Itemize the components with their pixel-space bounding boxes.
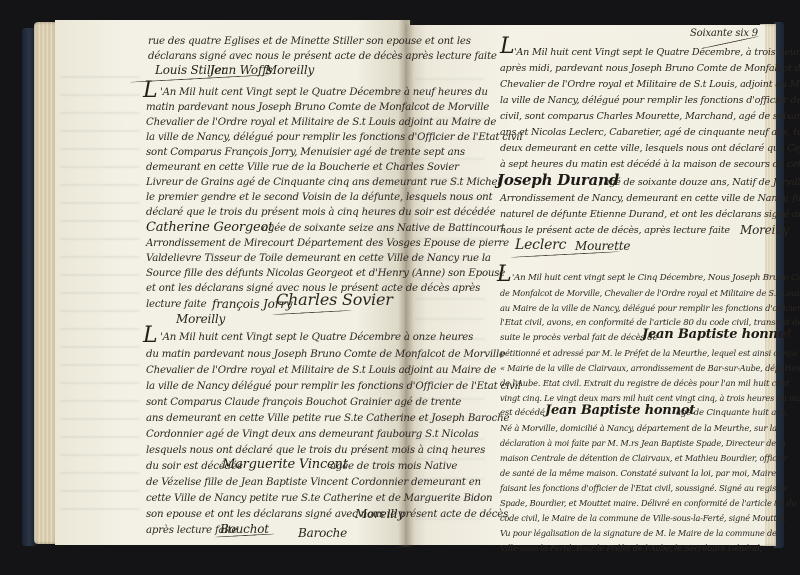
signature: Mourette xyxy=(575,240,630,252)
entry-initial: L xyxy=(143,80,157,102)
text-line: de Monfalcot de Morville, Chevalier de l… xyxy=(500,289,800,297)
signature: Charles Sovier xyxy=(276,292,393,308)
text-line: lecture faite xyxy=(146,300,206,310)
deceased-name-repeat: Jean Baptiste honnot xyxy=(545,404,695,417)
text-line: est décédé xyxy=(500,409,545,418)
text-line: de l'Aube. Etat civil. Extrait du regist… xyxy=(500,379,789,387)
text-line: 'An Mil huit cent Vingt sept le Quatre D… xyxy=(514,48,800,58)
text-line: lesquels nous ont déclaré que le trois d… xyxy=(146,446,485,456)
text-line: ans demeurant en cette Ville petite rue … xyxy=(146,414,509,424)
signature: Moreilly xyxy=(355,508,404,520)
text-line: vingt cinq. Le vingt deux mars mil huit … xyxy=(500,394,800,402)
text-line: du matin pardevant nous Joseph Bruno Com… xyxy=(146,350,505,360)
text-line: Arrondissement de Nancy, demeurant en ce… xyxy=(500,194,800,204)
text-line: déclarans signé avec nous le présent act… xyxy=(148,52,497,62)
signature: Leclerc xyxy=(515,238,566,252)
text-line: Ville-sous-la-Ferté. Pour le Préfet de l… xyxy=(500,544,762,552)
text-line: déclaré que le trois du présent mois à c… xyxy=(146,208,495,218)
text-line: agée de trois mois Native xyxy=(330,462,457,472)
text-line: nous le présent acte de décès, après lec… xyxy=(500,226,730,236)
entry-initial: L xyxy=(500,36,514,58)
text-line: Né à Morville, domicilié à Nancy, départ… xyxy=(500,424,777,432)
text-line: « Mairie de la ville de Clairvaux, arron… xyxy=(500,364,800,372)
text-line: la ville de Nancy délégué pour remplir l… xyxy=(146,382,521,392)
text-line: la ville de Nancy, délégué pour remplir … xyxy=(500,96,800,106)
text-line: Vu pour légalisation de la signature de … xyxy=(500,529,777,537)
text-line: , agé de soixante douze ans, Natif de Ja… xyxy=(598,178,800,188)
text-line: 'An Mil huit cent vingt sept le Cinq Déc… xyxy=(512,274,800,283)
text-line: Spade, Bourdier, et Mouttet maire. Déliv… xyxy=(500,499,797,507)
text-line: sont Comparus François Jorry, Menuisier … xyxy=(146,148,465,158)
text-line: Chevalier de l'Ordre royal et Militaire … xyxy=(146,118,496,128)
text-line: Chevalier de l'Ordre royal et Militaire … xyxy=(146,366,496,376)
text-line: matin pardevant nous Joseph Bruno Comte … xyxy=(146,103,489,113)
text-line: au Maire de la ville de Nancy, délégué p… xyxy=(500,304,800,312)
text-line: sont Comparus Claude françois Bouchot Gr… xyxy=(146,398,461,408)
page-block-edge-left xyxy=(34,22,56,544)
text-line: agée de soixante seize ans Native de Bat… xyxy=(262,224,505,234)
text-line: Chevalier de l'Ordre royal et Militaire … xyxy=(500,80,800,90)
bleed-through-text-left xyxy=(60,60,140,520)
deceased-name: Marguerite Vincent xyxy=(222,458,348,471)
text-line: 'An Mil huit cent Vingt sept le Quatre D… xyxy=(160,88,488,98)
text-line: son epouse et ont les déclarans signé av… xyxy=(146,510,508,520)
text-line: le premier gendre et le second Voisin de… xyxy=(146,193,492,203)
entry-initial: L xyxy=(143,325,157,347)
text-line: demeurant en cette Ville rue de la Bouch… xyxy=(146,163,459,173)
text-line: deux demeurant en cette ville, lesquels … xyxy=(500,144,800,154)
text-line: suite le procès verbal fait de décès de xyxy=(500,334,657,343)
text-line: 'An Mil huit cent Vingt sept le Quatre D… xyxy=(160,333,473,343)
text-line: faisant les fonctions d'officier de l'Et… xyxy=(500,484,788,492)
text-line: pétitionné et adressé par M. le Préfet d… xyxy=(500,349,800,357)
text-line: Valdelievre Tisseur de Toile demeurant e… xyxy=(146,254,491,264)
text-line: Livreur de Grains agé de Cinquante cinq … xyxy=(146,178,500,188)
signature: Moreilly xyxy=(176,313,225,325)
text-line: de Vézelise fille de Jean Baptiste Vince… xyxy=(146,478,481,488)
text-line: Arrondissement de Mirecourt Département … xyxy=(146,239,509,249)
text-line: naturel de défunte Etienne Durand, et on… xyxy=(500,210,800,220)
text-line: après midi, pardevant nous Joseph Bruno … xyxy=(500,64,800,74)
text-line: Source fille des défunts Nicolas Georgeo… xyxy=(146,269,505,279)
text-line: maison Centrale de détention de Clairvau… xyxy=(500,454,787,462)
text-line: à sept heures du matin est décédé à la m… xyxy=(500,160,800,170)
text-line: civil, sont comparus Charles Mourette, M… xyxy=(500,112,800,122)
text-line: déclaration à moi faite par M. M.rs Jean… xyxy=(500,439,785,447)
text-line: agé de Cinquante huit ans, xyxy=(676,409,788,418)
signature: Moreilly xyxy=(265,64,314,76)
deceased-name: Jean Baptiste honnot xyxy=(642,328,792,341)
text-line: cette Ville de Nancy petite rue S.te Cat… xyxy=(146,494,492,504)
scanned-register-spread: rue des quatre Eglises et de Minette Sti… xyxy=(0,0,800,575)
text-line: rue des quatre Eglises et de Minette Sti… xyxy=(148,37,471,47)
entry-initial: L xyxy=(497,264,511,286)
signature: Baroche xyxy=(298,527,347,539)
text-line: code civil, le Maire de la commune de Vi… xyxy=(500,514,787,522)
text-line: la ville de Nancy, délégué pour remplir … xyxy=(146,133,523,143)
signature: Moreilly xyxy=(740,224,789,236)
text-line: de santé de la même maison. Constaté sui… xyxy=(500,469,778,477)
text-line: ans et Nicolas Leclerc, Cabaretier, agé … xyxy=(500,128,800,138)
deceased-name: Catherine Georgeot xyxy=(146,221,273,234)
text-line: Cordonnier agé de Vingt deux ans demeura… xyxy=(146,430,479,440)
